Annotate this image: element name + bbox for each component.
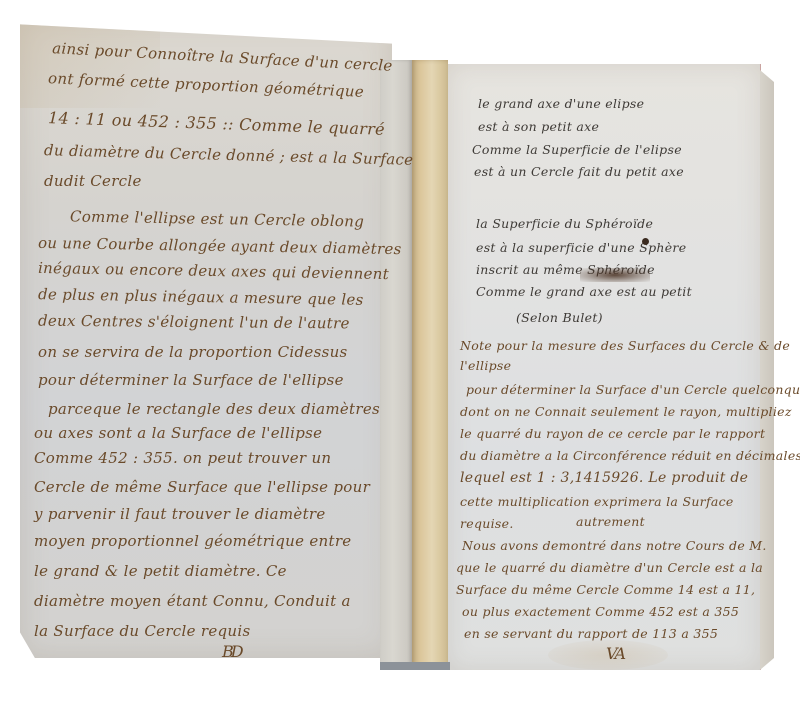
text-line: en se servant du rapport de 113 a 355 <box>464 626 718 641</box>
text-line: on se servira de la proportion Cidessus <box>38 343 348 361</box>
text-line: le quarré du rayon de ce cercle par le r… <box>460 426 765 441</box>
text-line: du diamètre a la Circonférence réduit en… <box>460 448 800 463</box>
text-line: est à la superficie d'une Sphère <box>476 240 686 255</box>
text-line: lequel est 1 : 3,1415926. Le produit de <box>460 470 748 486</box>
text-line: la Superficie du Sphéroïde <box>476 216 653 231</box>
text-line: ou plus exactement Comme 452 est a 355 <box>462 604 739 619</box>
text-line: Cercle de même Surface que l'ellipse pou… <box>34 478 370 496</box>
text-line: le grand & le petit diamètre. Ce <box>34 562 287 580</box>
text-line: est à son petit axe <box>478 119 599 134</box>
text-line: dudit Cercle <box>44 172 142 190</box>
text-line: requise. <box>460 516 514 531</box>
book-spine <box>412 60 448 670</box>
text-line: Comme le grand axe est au petit <box>476 284 692 299</box>
signature-flourish: VA <box>606 644 624 663</box>
spine-bottom-edge <box>380 662 450 670</box>
text-line: pour déterminer la Surface d'un Cercle q… <box>466 382 800 397</box>
text-line: moyen proportionnel géométrique entre <box>34 532 352 550</box>
ink-dot <box>642 238 649 245</box>
text-line: l'ellipse <box>460 358 511 373</box>
text-line: parceque le rectangle des deux diamètres <box>48 400 380 418</box>
text-line: Surface du même Cercle Comme 14 est a 11… <box>456 582 755 597</box>
text-line: le grand axe d'une elipse <box>478 96 644 111</box>
text-line: est à un Cercle fait du petit axe <box>474 164 684 179</box>
open-manuscript: ainsi pour Connoître la Surface d'un cer… <box>0 0 800 706</box>
text-line: y parvenir il faut trouver le diamètre <box>34 505 326 523</box>
signature-flourish: BD <box>222 642 241 661</box>
right-page-edge <box>760 70 774 670</box>
text-line: que le quarré du diamètre d'un Cercle es… <box>456 560 763 575</box>
text-line: Note pour la mesure des Surfaces du Cerc… <box>460 338 790 353</box>
attribution-text: (Selon Bulet) <box>516 310 603 325</box>
text-line: diamètre moyen étant Connu, Conduit a <box>34 592 351 610</box>
heading-autrement: autrement <box>576 514 645 529</box>
text-line: dont on ne Connait seulement le rayon, m… <box>460 404 792 419</box>
text-line: cette multiplication exprimera la Surfac… <box>460 494 734 509</box>
text-line: deux Centres s'éloignent l'un de l'autre <box>38 312 350 333</box>
ink-smudge <box>580 268 650 282</box>
text-line: pour déterminer la Surface de l'ellipse <box>38 371 344 389</box>
text-line: Comme 452 : 355. on peut trouver un <box>34 449 331 467</box>
text-line: Nous avons demontré dans notre Cours de … <box>462 538 767 553</box>
text-line: la Surface du Cercle requis <box>34 622 250 640</box>
text-line: ou axes sont a la Surface de l'ellipse <box>34 424 322 442</box>
text-line: Comme la Superficie de l'elipse <box>472 142 682 157</box>
